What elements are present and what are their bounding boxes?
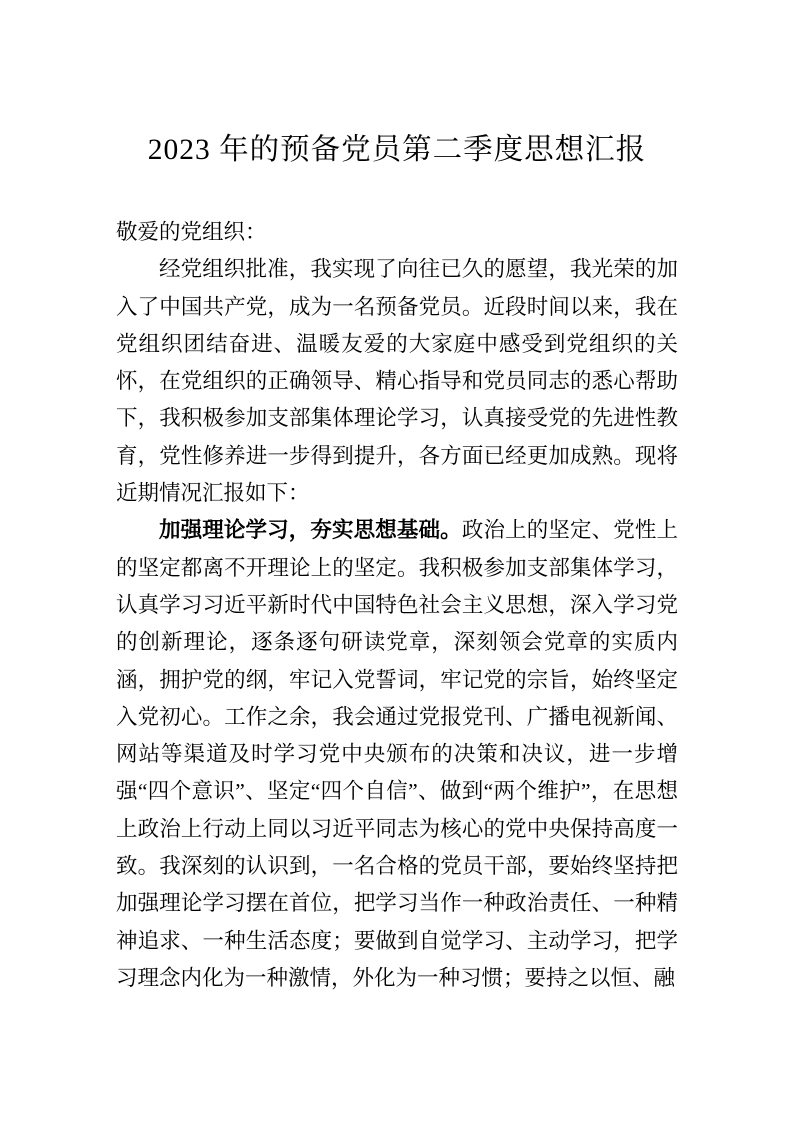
document-canvas: { "document": { "title": "2023 年的预备党员第二季… — [0, 0, 793, 1122]
paragraph-1-text: 经党组织批准，我实现了向往已久的愿望，我光荣的加入了中国共产党，成为一名预备党员… — [116, 257, 678, 505]
salutation: 敬爱的党组织： — [116, 214, 678, 251]
document-page: 2023 年的预备党员第二季度思想汇报 敬爱的党组织： 经党组织批准，我实现了向… — [0, 0, 793, 1122]
paragraph-1: 经党组织批准，我实现了向往已久的愿望，我光荣的加入了中国共产党，成为一名预备党员… — [116, 251, 678, 512]
paragraph-2-lead: 加强理论学习，夯实思想基础。 — [159, 518, 462, 542]
document-title: 2023 年的预备党员第二季度思想汇报 — [116, 128, 678, 173]
paragraph-2-text: 政治上的坚定、党性上的坚定都离不开理论上的坚定。我积极参加支部集体学习，认真学习… — [116, 518, 678, 990]
paragraph-2: 加强理论学习，夯实思想基础。政治上的坚定、党性上的坚定都离不开理论上的坚定。我积… — [116, 512, 678, 997]
